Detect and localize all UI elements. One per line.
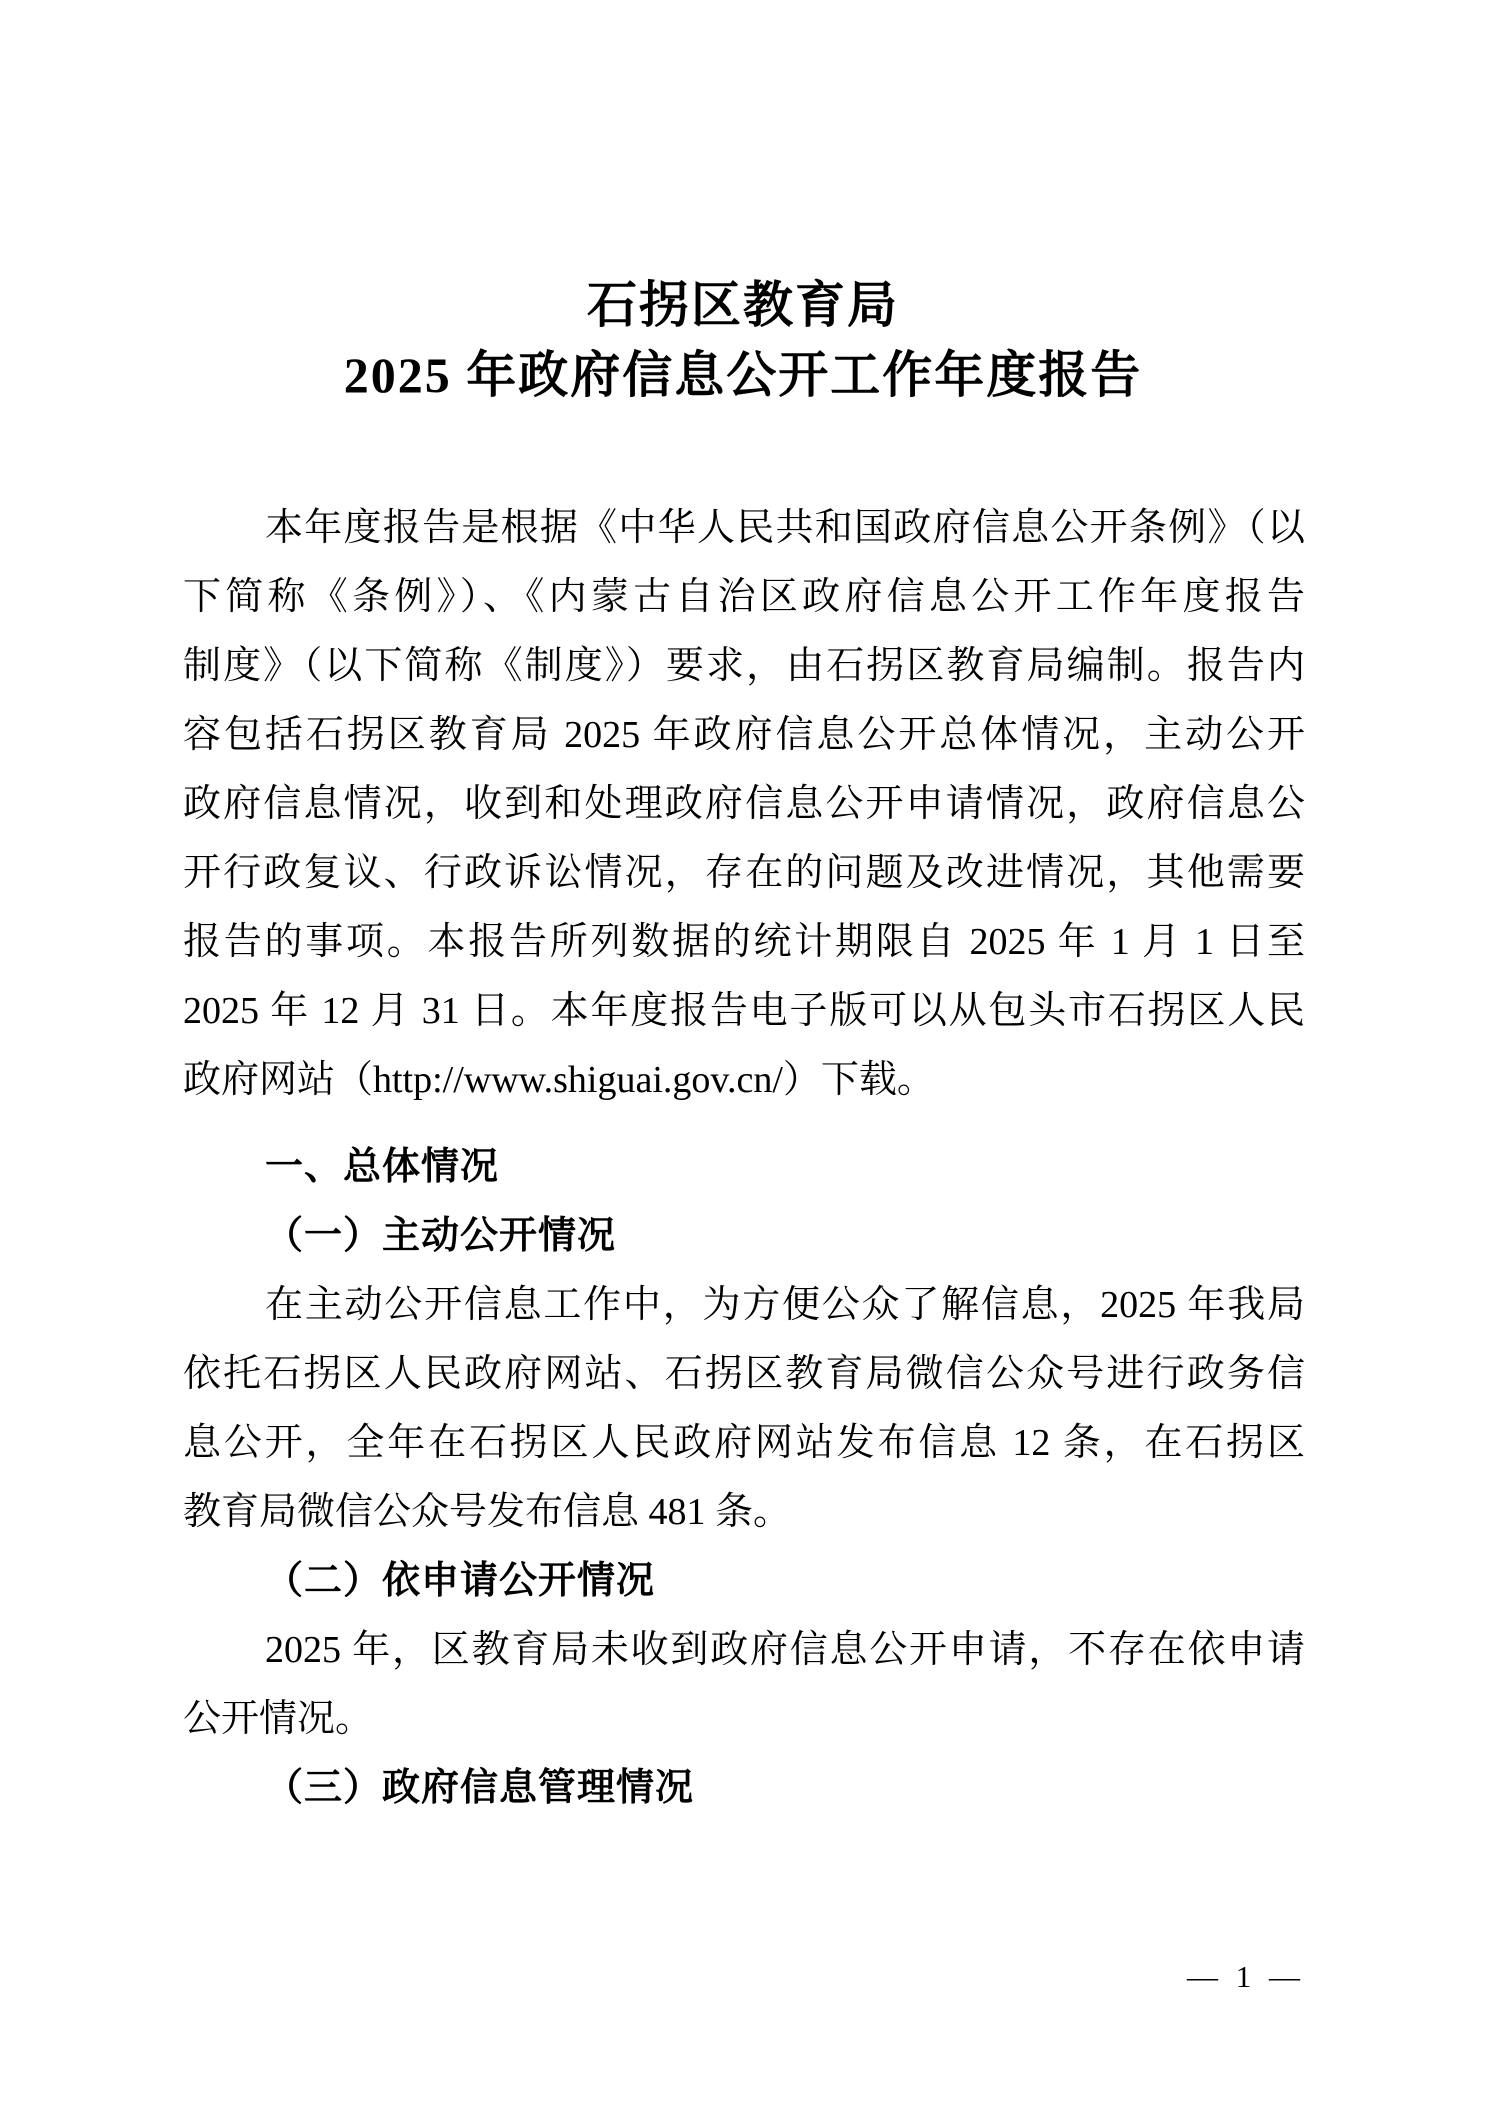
subsection-heading-disclosure-upon-request: （二）依申请公开情况 [183,1547,1305,1616]
paragraph-proactive-disclosure: 在主动公开信息工作中，为方便公众了解信息，2025 年我局 依托石拐区人民政府网… [183,1271,1305,1547]
paragraph-disclosure-upon-request: 2025 年，区教育局未收到政府信息公开申请，不存在依申请 公开情况。 [183,1616,1305,1754]
heading-text: （一）主动公开情况 [183,1202,1305,1271]
text-line: 公开情况。 [183,1685,1305,1754]
text-line: 息公开，全年在石拐区人民政府网站发布信息 12 条，在石拐区 [183,1409,1305,1478]
text-line: 下简称《条例》）、《内蒙古自治区政府信息公开工作年度报告 [183,563,1305,632]
title-line-1: 石拐区教育局 [0,270,1486,340]
text-line-with-url: 政府网站（http://www.shiguai.gov.cn/）下载。 [183,1046,1305,1115]
text-line: 依托石拐区人民政府网站、石拐区教育局微信公众号进行政务信 [183,1340,1305,1409]
text-line: 容包括石拐区教育局 2025 年政府信息公开总体情况，主动公开 [183,701,1305,770]
subsection-heading-information-management: （三）政府信息管理情况 [183,1754,1305,1823]
text-line: 政府信息情况，收到和处理政府信息公开申请情况，政府信息公 [183,770,1305,839]
document-page: 石拐区教育局 2025 年政府信息公开工作年度报告 本年度报告是根据《中华人民共… [0,0,1486,2103]
text-line: 教育局微信公众号发布信息 481 条。 [183,1478,1305,1547]
heading-text: （二）依申请公开情况 [183,1547,1305,1616]
subsection-heading-proactive-disclosure: （一）主动公开情况 [183,1202,1305,1271]
text-line: 开行政复议、行政诉讼情况，存在的问题及改进情况，其他需要 [183,839,1305,908]
heading-text: 一、总体情况 [183,1133,1305,1202]
text-line: 在主动公开信息工作中，为方便公众了解信息，2025 年我局 [183,1271,1305,1340]
title-line-2: 2025 年政府信息公开工作年度报告 [0,340,1486,410]
document-body: 本年度报告是根据《中华人民共和国政府信息公开条例》（以 下简称《条例》）、《内蒙… [183,494,1305,1823]
page-number: — 1 — [1187,1957,1305,1997]
text-line: 2025 年，区教育局未收到政府信息公开申请，不存在依申请 [183,1616,1305,1685]
text-line: 制度》（以下简称《制度》）要求，由石拐区教育局编制。报告内 [183,632,1305,701]
document-title: 石拐区教育局 2025 年政府信息公开工作年度报告 [0,0,1486,410]
text-line: 本年度报告是根据《中华人民共和国政府信息公开条例》（以 [183,494,1305,563]
paragraph-intro: 本年度报告是根据《中华人民共和国政府信息公开条例》（以 下简称《条例》）、《内蒙… [183,494,1305,1115]
section-heading-overall: 一、总体情况 [183,1133,1305,1202]
text-line: 2025 年 12 月 31 日。本年度报告电子版可以从包头市石拐区人民 [183,977,1305,1046]
heading-text: （三）政府信息管理情况 [183,1754,1305,1823]
text-line: 报告的事项。本报告所列数据的统计期限自 2025 年 1 月 1 日至 [183,908,1305,977]
